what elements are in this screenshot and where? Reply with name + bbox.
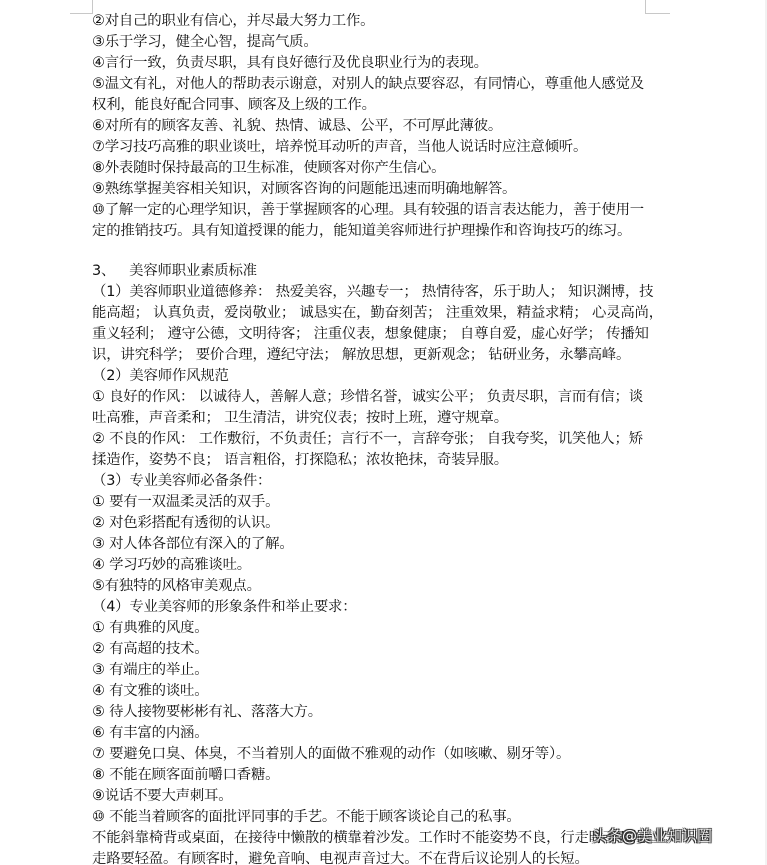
subsection-1-ethics: （1）美容师职业道德修养： 热爱美容，兴趣专一； 热情待客，乐于助人； 知识渊博…	[92, 282, 648, 366]
subsection-title: （4）专业美容师的形象条件和举止要求：	[92, 597, 648, 618]
section-number: 3、	[92, 263, 115, 279]
list-item: ⑥ 有丰富的内涵。	[92, 723, 648, 744]
list-item: ④ 有文雅的谈吐。	[92, 681, 648, 702]
paragraph-line: ① 良好的作风： 以诚待人，善解人意；珍惜名誉，诚实公平； 负责尽职，言而有信；…	[92, 387, 648, 408]
paragraph-line: 重义轻利； 遵守公德，文明待客； 注重仪表，想象健康； 自尊自爱，虚心好学； 传…	[92, 324, 648, 345]
subsection-2-style: （2）美容师作风规范 ① 良好的作风： 以诚待人，善解人意；珍惜名誉，诚实公平；…	[92, 366, 648, 471]
list-item-continuation: 定的推销技巧。具有知道授课的能力，能知道美容师进行护理操作和咨询技巧的练习。	[92, 221, 648, 242]
list-item: ③ 有端庄的举止。	[92, 660, 648, 681]
list-item: ⑨熟练掌握美容相关知识，对顾客咨询的问题能迅速而明确地解答。	[92, 179, 648, 200]
subsection-4-image-conduct: （4）专业美容师的形象条件和举止要求： ① 有典雅的风度。 ② 有高超的技术。 …	[92, 597, 648, 865]
list-item: ② 有高超的技术。	[92, 639, 648, 660]
subsection-3-requirements: （3）专业美容师必备条件： ① 要有一双温柔灵活的双手。 ② 对色彩搭配有透彻的…	[92, 471, 648, 597]
list-item: ⑤温文有礼，对他人的帮助表示谢意，对别人的缺点要容忍，有同情心，尊重他人感觉及	[92, 74, 648, 95]
paragraph-line: 揉造作，姿势不良； 语言粗俗，打探隐私；浓妆艳抹，奇装异服。	[92, 450, 648, 471]
section-heading: 3、美容师职业素质标准	[92, 261, 648, 282]
paragraph-line: 不能斜靠椅背或桌面，在接待中懒散的横靠着沙发。工作时不能姿势不良，行走时不要拖	[92, 828, 648, 849]
list-item: ⑩ 不能当着顾客的面批评同事的手艺。不能于顾客谈论自己的私事。	[92, 807, 648, 828]
list-item-continuation: 权利，能良好配合同事、顾客及上级的工作。	[92, 95, 648, 116]
paragraph-line: ② 不良的作风： 工作敷衍，不负责任；言行不一，言辞夸张； 自我夸奖，讥笑他人；…	[92, 429, 648, 450]
list-item: ① 有典雅的风度。	[92, 618, 648, 639]
section-title: 美容师职业素质标准	[129, 263, 257, 279]
list-item: ⑧ 不能在顾客面前嚼口香糖。	[92, 765, 648, 786]
margin-corner-mark-right	[645, 0, 670, 14]
list-item: ⑩了解一定的心理学知识，善于掌握顾客的心理。具有较强的语言表达能力，善于使用一	[92, 200, 648, 221]
list-item: ⑧外表随时保持最高的卫生标准，使顾客对你产生信心。	[92, 158, 648, 179]
list-item: ② 对色彩搭配有透彻的认识。	[92, 513, 648, 534]
list-item: ① 要有一双温柔灵活的双手。	[92, 492, 648, 513]
paragraph-line: （1）美容师职业道德修养： 热爱美容，兴趣专一； 热情待客，乐于助人； 知识渊博…	[92, 282, 648, 303]
subsection-title: （3）专业美容师必备条件：	[92, 471, 648, 492]
margin-corner-mark-left	[70, 0, 93, 14]
paragraph-line: 识，讲究科学； 要价合理，遵纪守法； 解放思想，更新观念； 钻研业务，永攀高峰。	[92, 345, 648, 366]
watermark: 头条@美业知识圈	[592, 826, 712, 846]
list-item: ②对自己的职业有信心，并尽最大努力工作。	[92, 11, 648, 32]
paragraph-line: 吐高雅，声音柔和； 卫生清洁，讲究仪表；按时上班，遵守规章。	[92, 408, 648, 429]
list-item: ④ 学习巧妙的高雅谈吐。	[92, 555, 648, 576]
list-item: ⑤ 待人接物要彬彬有礼、落落大方。	[92, 702, 648, 723]
list-item: ⑦ 要避免口臭、体臭，不当着别人的面做不雅观的动作（如咳嗽、剔牙等）。	[92, 744, 648, 765]
list-item: ⑤有独特的风格审美观点。	[92, 576, 648, 597]
list-item: ③乐于学习，健全心智，提高气质。	[92, 32, 648, 53]
paragraph-line: 能高超； 认真负责，爱岗敬业； 诚恳实在，勤奋刻苦； 注重效果，精益求精； 心灵…	[92, 303, 648, 324]
list-item: ③ 对人体各部位有深入的了解。	[92, 534, 648, 555]
document-body: ②对自己的职业有信心，并尽最大努力工作。 ③乐于学习，健全心智，提高气质。 ④言…	[92, 11, 648, 865]
subsection-title: （2）美容师作风规范	[92, 366, 648, 387]
blank-line	[92, 242, 648, 261]
list-item: ④言行一致，负责尽职，具有良好德行及优良职业行为的表现。	[92, 53, 648, 74]
list-item: ⑥对所有的顾客友善、礼貌、热情、诚恳、公平，不可厚此薄彼。	[92, 116, 648, 137]
paragraph-line: 走路要轻盈。有顾客时，避免音响、电视声音过大。不在背后议论别人的长短。	[92, 849, 648, 865]
list-item: ⑦学习技巧高雅的职业谈吐，培养悦耳动听的声音，当他人说话时应注意倾听。	[92, 137, 648, 158]
list-item: ⑨说话不要大声刺耳。	[92, 786, 648, 807]
section2-list: ②对自己的职业有信心，并尽最大努力工作。 ③乐于学习，健全心智，提高气质。 ④言…	[92, 11, 648, 242]
